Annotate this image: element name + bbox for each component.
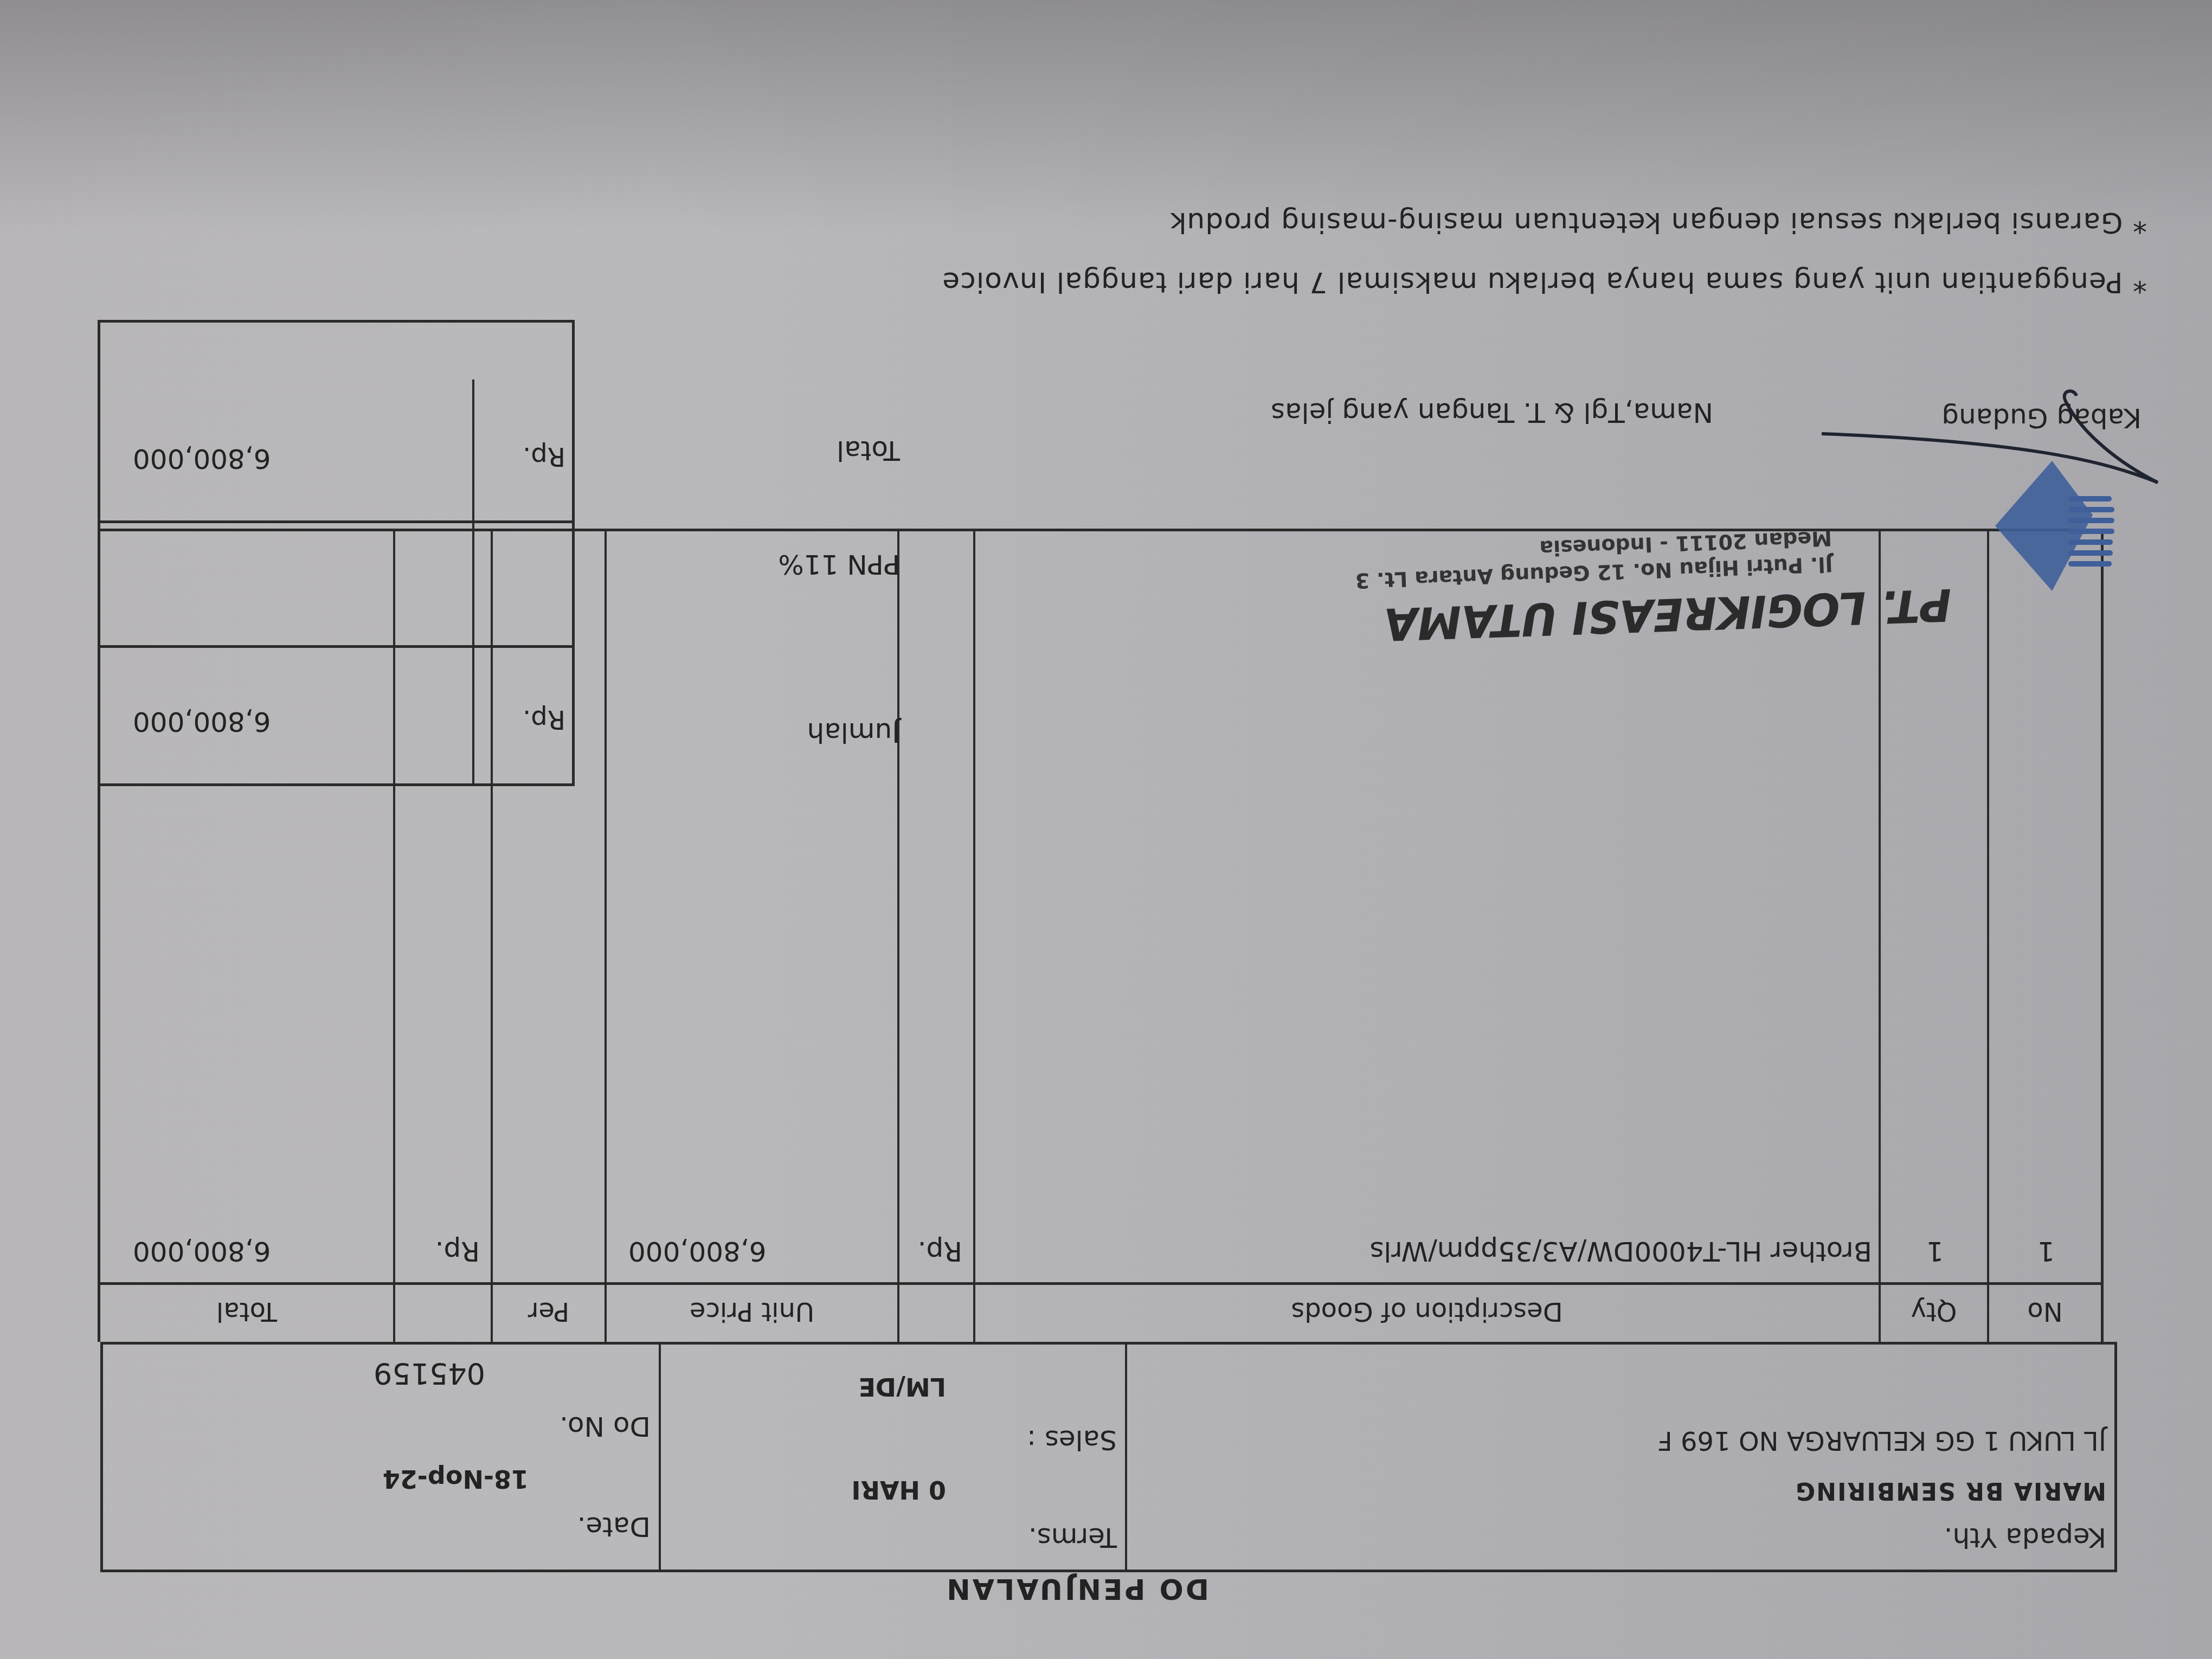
date-do-section: Date. 18-Nop-24 Do No. 045159 (100, 1345, 659, 1570)
cell-total: 6,800,000 (133, 1236, 271, 1267)
cell-no: 1 (2037, 1236, 2055, 1267)
header-per: Per (493, 1296, 605, 1327)
cell-price-currency: Rp. (918, 1236, 962, 1267)
to-label: Kepada Yth. (1944, 1522, 2106, 1553)
total-value: 6,800,000 (133, 443, 271, 474)
signature-mark (1789, 385, 2169, 493)
note-replacement: * Penggantian unit yang sama hanya berla… (942, 266, 2147, 298)
terms-label: Terms. (1028, 1522, 1117, 1553)
do-no-value: 045159 (374, 1356, 485, 1391)
subtotal-row: Rp. 6,800,000 (100, 645, 572, 783)
cell-unit-price: 6,800,000 (628, 1236, 766, 1267)
sales-label: Sales : (1027, 1424, 1117, 1456)
cell-qty: 1 (1926, 1236, 1944, 1267)
sales-value: LM/DE (859, 1372, 947, 1401)
header-qty: Qty (1881, 1296, 1987, 1327)
subtotal-value: 6,800,000 (133, 706, 271, 737)
header-total: Total (100, 1296, 393, 1327)
signature-label-warehouse: Kabag Gudang (1941, 402, 2142, 434)
customer-name: MARIA BR SEMBIRING (1795, 1477, 2106, 1504)
delivery-order-paper: DO PENJUALAN Kepada Yth. MARIA BR SEMBIR… (0, 0, 2212, 1659)
total-currency: Rp. (523, 441, 565, 472)
row-divider (472, 648, 474, 783)
col-description: Description of Goods Brother HL-T4000DW/… (973, 531, 1879, 1342)
totals-box: Rp. 6,800,000 Rp. 6,800,000 (98, 320, 575, 786)
tax-row (100, 520, 572, 645)
document-title: DO PENJUALAN (944, 1572, 1209, 1605)
cell-description: Brother HL-T4000DW/A3/35ppm/Wrls (1369, 1236, 1872, 1267)
signature-label-receiver: Nama,Tgl & T. Tangan yang jelas (1271, 397, 1713, 428)
header-no: No (1989, 1296, 2101, 1327)
row-divider (472, 380, 474, 520)
col-price-currency: Rp. (897, 531, 973, 1342)
header-unit-price: Unit Price (607, 1296, 897, 1327)
customer-address: JL LUKU 1 GG KELUARGA NO 169 F (1657, 1425, 2106, 1456)
terms-value: 0 HARI (851, 1475, 946, 1504)
col-qty: Qty 1 (1879, 531, 1987, 1342)
tax-label: PPN 11% (778, 549, 900, 580)
date-value: 18-Nop-24 (383, 1464, 529, 1494)
header-box: Kepada Yth. MARIA BR SEMBIRING JL LUKU 1… (100, 1342, 2117, 1572)
cell-total-currency: Rp. (435, 1236, 480, 1267)
date-label: Date. (577, 1511, 651, 1542)
header-description: Description of Goods (975, 1296, 1879, 1327)
row-divider (472, 523, 474, 645)
total-label: Total (837, 435, 900, 466)
note-warranty: * Garansi berlaku sesuai dengan ketentua… (1169, 206, 2147, 239)
customer-section: Kepada Yth. MARIA BR SEMBIRING JL LUKU 1… (1125, 1345, 2114, 1570)
total-row: Rp. 6,800,000 (100, 380, 572, 520)
subtotal-label: Jumlah (807, 717, 900, 748)
col-unit-price: Unit Price 6,800,000 (605, 531, 897, 1342)
terms-sales-section: Terms. 0 HARI Sales : LM/DE (659, 1345, 1125, 1570)
subtotal-currency: Rp. (523, 704, 565, 735)
do-no-label: Do No. (560, 1411, 651, 1442)
col-no: No 1 (1987, 531, 2101, 1342)
